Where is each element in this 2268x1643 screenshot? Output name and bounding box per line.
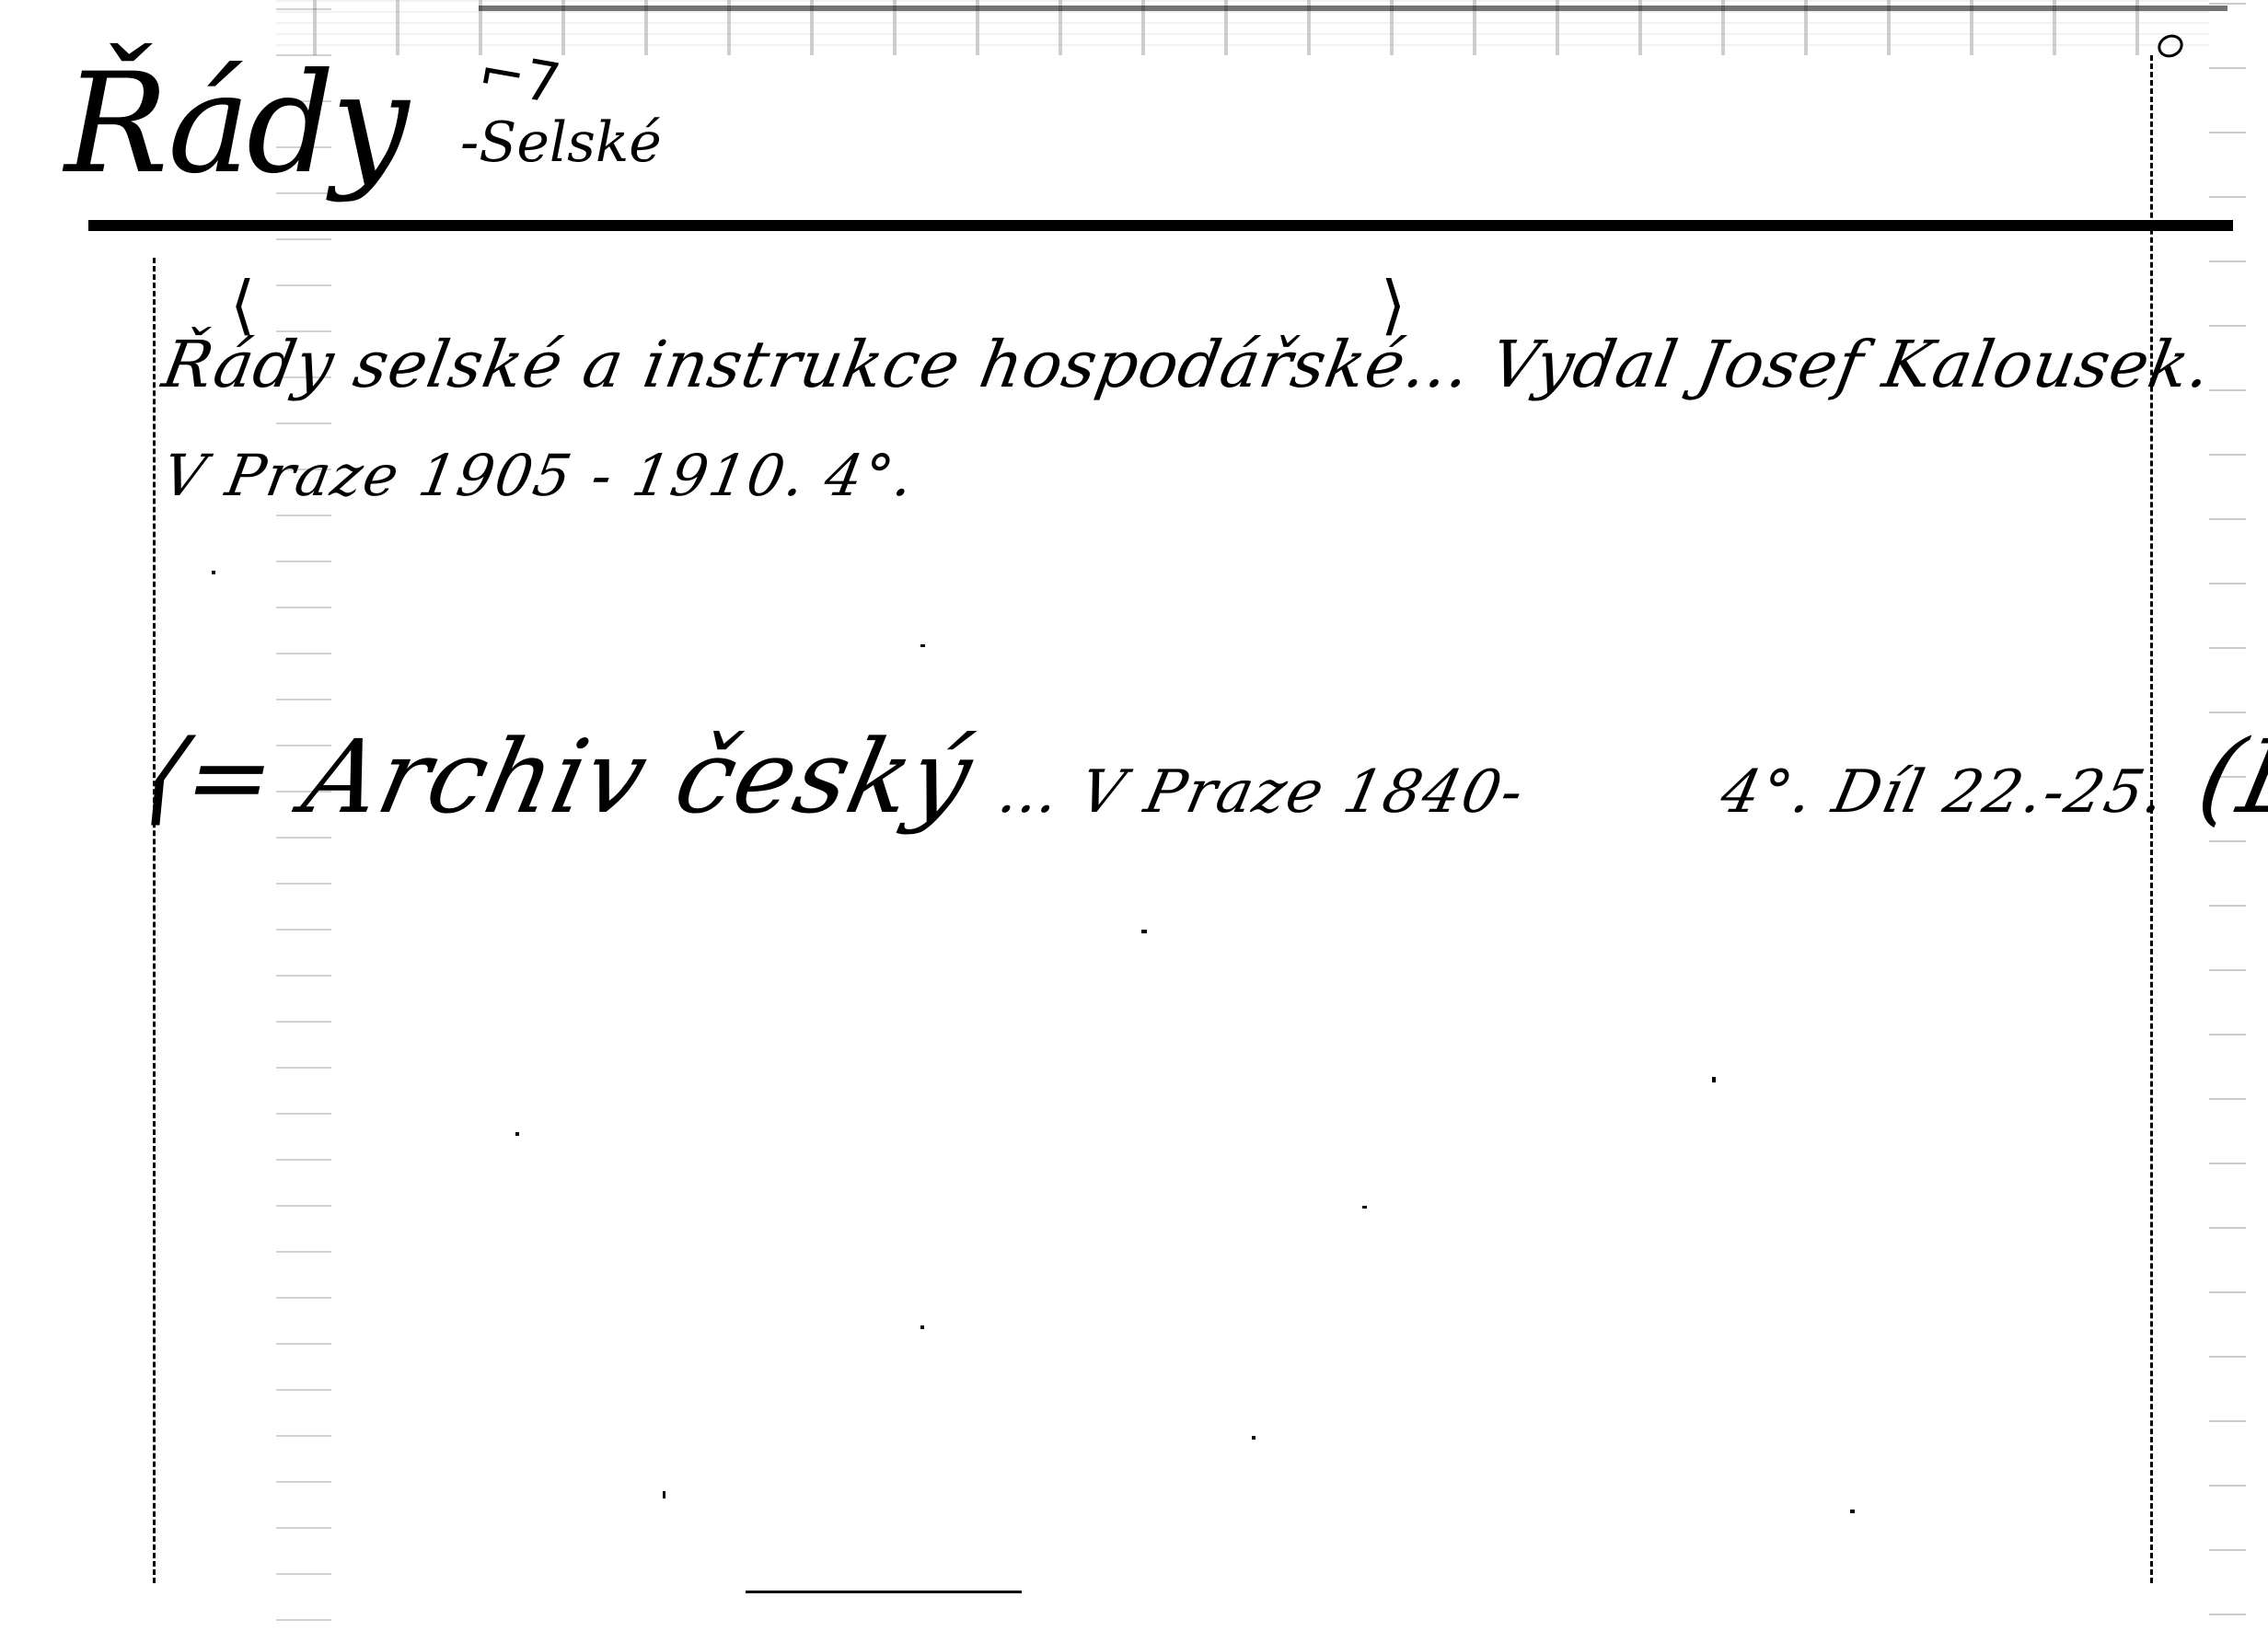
heading-divider <box>88 220 2233 231</box>
scan-speck <box>920 1325 924 1329</box>
entry-2-call-number: (E 147.) <box>2189 718 2268 836</box>
scan-speck <box>1252 1436 1255 1440</box>
scan-edge-bar <box>479 6 2227 11</box>
scan-mark-bottom <box>746 1591 1022 1593</box>
heading-subtitle: -Selské <box>460 115 662 170</box>
scan-speck <box>1850 1510 1855 1513</box>
entry-2-imprint: … V Praze 1840- <box>992 758 1531 827</box>
editor-mark: ⌐7 <box>474 40 565 117</box>
entry-2-title: Archiv český <box>294 718 982 836</box>
scan-speck <box>1712 1077 1716 1082</box>
heading-main: Řády <box>64 55 406 193</box>
scan-speck <box>1362 1206 1367 1209</box>
scan-speck <box>663 1491 665 1498</box>
entry-1-title: Řády selské a instrukce hospodářské… Vyd… <box>157 327 2217 402</box>
scan-speck <box>515 1132 519 1136</box>
scan-speck <box>212 571 215 574</box>
catalog-card: Řády ⌐7 -Selské ⟨ ⟩ Řády selské a instru… <box>0 0 2268 1643</box>
entry-2-volume: 4°. Díl 22.-25. <box>1715 758 2172 827</box>
entry-2-prefix: ⟨= <box>134 718 285 836</box>
scan-speck <box>1141 930 1147 933</box>
scan-speck <box>920 644 925 647</box>
margin-line-left <box>153 258 156 1583</box>
entry-1-imprint: V Praze 1905 - 1910. 4°. <box>158 442 920 509</box>
entry-2: ⟨= Archiv český … V Praze 1840- 4°. Díl … <box>134 718 2268 836</box>
